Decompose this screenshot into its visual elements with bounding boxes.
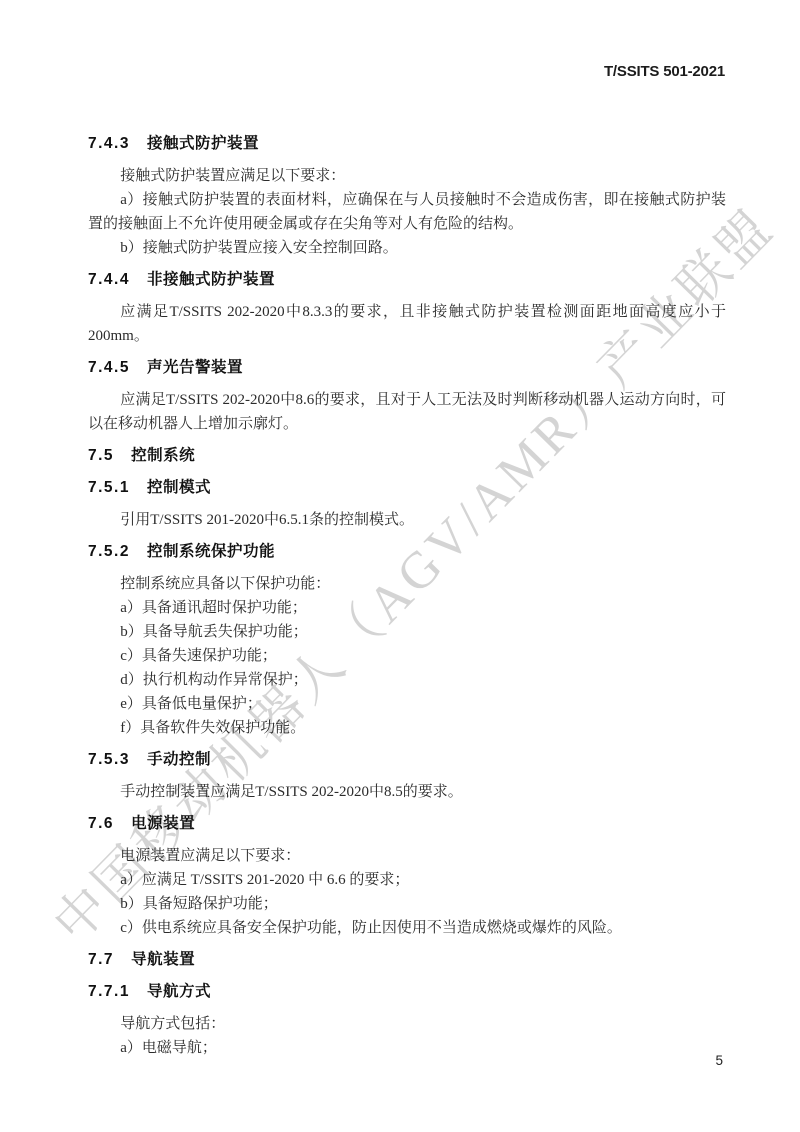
paragraph: 手动控制装置应满足T/SSITS 202-2020中8.5的要求。 — [88, 780, 726, 804]
section-number: 7.4.3 — [88, 135, 130, 152]
section-number: 7.5.3 — [88, 751, 130, 768]
document-blocks: 7.4.3接触式防护装置接触式防护装置应满足以下要求：a）接触式防护装置的表面材… — [88, 124, 726, 1060]
paragraph: a）具备通讯超时保护功能； — [88, 596, 726, 620]
section-number: 7.5 — [88, 447, 114, 464]
paragraph: 控制系统应具备以下保护功能： — [88, 572, 726, 596]
section-title: 导航装置 — [131, 951, 195, 968]
section-title: 接触式防护装置 — [147, 135, 259, 152]
section-heading-7.4.3: 7.4.3接触式防护装置 — [88, 132, 726, 156]
paragraph: d）执行机构动作异常保护； — [88, 668, 726, 692]
section-number: 7.7 — [88, 951, 114, 968]
section-heading-7.7.1: 7.7.1导航方式 — [88, 980, 726, 1004]
section-heading-7.4.5: 7.4.5声光告警装置 — [88, 356, 726, 380]
paragraph: b）接触式防护装置应接入安全控制回路。 — [88, 236, 726, 260]
paragraph: 电源装置应满足以下要求： — [88, 844, 726, 868]
paragraph: b）具备导航丢失保护功能； — [88, 620, 726, 644]
paragraph: 接触式防护装置应满足以下要求： — [88, 164, 726, 188]
section-number: 7.4.4 — [88, 271, 130, 288]
paragraph: c）具备失速保护功能； — [88, 644, 726, 668]
section-title: 控制系统 — [131, 447, 195, 464]
section-heading-7.7: 7.7导航装置 — [88, 948, 726, 972]
paragraph: 引用T/SSITS 201-2020中6.5.1条的控制模式。 — [88, 508, 726, 532]
paragraph: 应满足T/SSITS 202-2020中8.6的要求，且对于人工无法及时判断移动… — [88, 388, 726, 436]
section-heading-7.5.1: 7.5.1控制模式 — [88, 476, 726, 500]
paragraph: a）应满足 T/SSITS 201-2020 中 6.6 的要求； — [88, 868, 726, 892]
section-number: 7.4.5 — [88, 359, 130, 376]
paragraph: 应满足T/SSITS 202-2020中8.3.3的要求，且非接触式防护装置检测… — [88, 300, 726, 348]
paragraph: c）供电系统应具备安全保护功能，防止因使用不当造成燃烧或爆炸的风险。 — [88, 916, 726, 940]
section-title: 声光告警装置 — [147, 359, 243, 376]
section-heading-7.5.3: 7.5.3手动控制 — [88, 748, 726, 772]
document-page: 中国移动机器人（AGV/AMR）产业联盟 T/SSITS 501-2021 7.… — [0, 0, 800, 1132]
paragraph: e）具备低电量保护； — [88, 692, 726, 716]
section-title: 非接触式防护装置 — [147, 271, 275, 288]
paragraph: a）电磁导航； — [88, 1036, 726, 1060]
section-heading-7.5.2: 7.5.2控制系统保护功能 — [88, 540, 726, 564]
paragraph: a）接触式防护装置的表面材料，应确保在与人员接触时不会造成伤害，即在接触式防护装… — [88, 188, 726, 236]
section-title: 控制模式 — [147, 479, 211, 496]
standard-code-header: T/SSITS 501-2021 — [604, 63, 725, 80]
section-number: 7.5.1 — [88, 479, 130, 496]
section-title: 控制系统保护功能 — [147, 543, 275, 560]
paragraph: b）具备短路保护功能； — [88, 892, 726, 916]
section-heading-7.6: 7.6电源装置 — [88, 812, 726, 836]
section-title: 导航方式 — [147, 983, 211, 1000]
section-number: 7.7.1 — [88, 983, 130, 1000]
paragraph: f）具备软件失效保护功能。 — [88, 716, 726, 740]
section-number: 7.5.2 — [88, 543, 130, 560]
section-heading-7.5: 7.5控制系统 — [88, 444, 726, 468]
paragraph: 导航方式包括： — [88, 1012, 726, 1036]
section-title: 手动控制 — [147, 751, 211, 768]
page-number: 5 — [715, 1053, 723, 1068]
section-heading-7.4.4: 7.4.4非接触式防护装置 — [88, 268, 726, 292]
section-number: 7.6 — [88, 815, 114, 832]
section-title: 电源装置 — [131, 815, 195, 832]
